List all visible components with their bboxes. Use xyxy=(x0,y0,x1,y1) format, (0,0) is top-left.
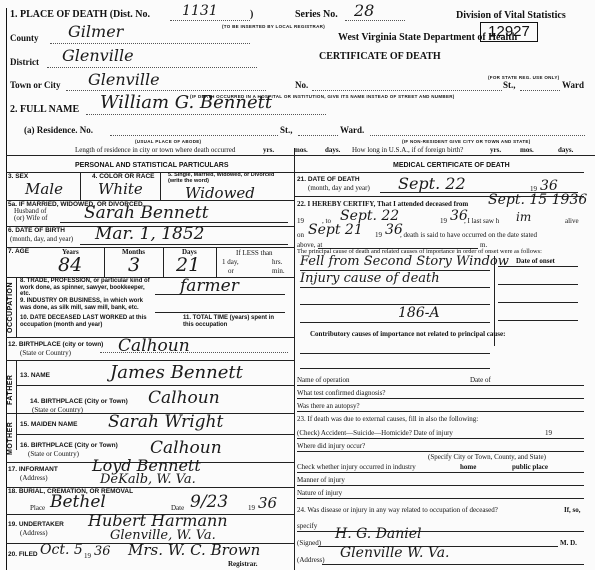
contrib-line xyxy=(300,368,490,369)
burial-year: 36 xyxy=(258,494,277,512)
series-label: Series No. xyxy=(295,9,338,20)
alive-label: alive xyxy=(565,217,579,225)
contributory-label: Contributory causes of importance not re… xyxy=(310,330,505,338)
father-bp-value: Calhoun xyxy=(148,388,220,408)
filed-date: Oct. 5 xyxy=(40,542,83,558)
paren-close: ) xyxy=(250,9,253,20)
usa-mos: mos. xyxy=(520,146,534,154)
town-line xyxy=(66,90,266,91)
nonresident-note: (IF NON-RESIDENT GIVE CITY OR TOWN AND S… xyxy=(402,139,531,144)
less-than-label: If LESS than xyxy=(236,249,273,257)
usa-days: days. xyxy=(558,146,573,154)
informant-label: 17. INFORMANT xyxy=(8,466,58,473)
color-value: White xyxy=(98,180,143,198)
town-ward-label: Ward xyxy=(562,80,584,90)
cause-line-1: Fell from Second Story Window xyxy=(300,254,509,269)
divider xyxy=(297,438,584,439)
death-said-label: , death is said to have occurred on the … xyxy=(400,231,537,239)
town-no-label: No. xyxy=(295,80,308,90)
address-line xyxy=(322,564,584,565)
district-line xyxy=(47,67,257,68)
undertaker-label: 19. UNDERTAKER xyxy=(8,521,64,528)
spouse-sub: Husband of (or) Wife of xyxy=(14,208,54,222)
injury-year-prefix: 19 xyxy=(545,429,552,437)
mother-bp-label: 16. BIRTHPLACE (City or Town) xyxy=(20,442,118,449)
town-no-line xyxy=(312,90,502,91)
filed-year: 36 xyxy=(94,544,111,559)
state-use-note: (FOR STATE REG. USE ONLY) xyxy=(488,75,559,80)
mother-bp-sub: (State or Country) xyxy=(28,450,79,458)
divider xyxy=(6,155,595,156)
district-value: Glenville xyxy=(62,46,134,65)
on-label: on xyxy=(297,231,304,239)
divider xyxy=(294,172,584,173)
abode-note: (USUAL PLACE OF ABODE) xyxy=(135,139,201,144)
filed-label: 20. FILED xyxy=(8,551,38,558)
divider xyxy=(297,472,584,473)
age-label: 7. AGE xyxy=(8,248,29,255)
mother-bp-value: Calhoun xyxy=(150,438,222,458)
burial-year-prefix: 19 xyxy=(248,504,255,512)
onset-line xyxy=(498,302,578,303)
divider xyxy=(297,498,584,499)
division-title: Division of Vital Statistics xyxy=(456,10,566,21)
divider xyxy=(216,247,217,277)
nature-label: Nature of injury xyxy=(297,489,342,497)
length-days: days. xyxy=(325,146,340,154)
check-label: (Check) Accident—Suicide—Homicide? Date … xyxy=(297,429,453,437)
cause-line-2: Injury cause of death xyxy=(300,271,440,286)
series-no: 28 xyxy=(354,1,374,20)
residence-label: (a) Residence. No. xyxy=(24,125,93,135)
min-label: min. xyxy=(272,267,285,275)
dob-line xyxy=(80,244,288,245)
divider xyxy=(297,398,584,399)
full-name-value: William G. Bennett xyxy=(100,92,272,113)
address-label: (Address) xyxy=(297,556,325,564)
personal-section-title: PERSONAL AND STATISTICAL PARTICULARS xyxy=(75,162,228,169)
or-label: or xyxy=(228,267,234,275)
sex-label: 3. SEX xyxy=(8,173,28,180)
divider xyxy=(297,411,584,412)
industry-label: 9. INDUSTRY OR BUSINESS, in which work w… xyxy=(20,298,155,311)
where-label: Where did injury occur? xyxy=(297,442,365,450)
onset-label: Date of onset xyxy=(516,257,555,265)
age-years: 84 xyxy=(58,254,82,276)
cause-line-4: 186-A xyxy=(398,305,440,321)
trade-label: 8. TRADE, PROFESSION, or particular kind… xyxy=(20,278,155,298)
full-name-label: 2. FULL NAME xyxy=(10,104,79,115)
certificate-title: CERTIFICATE OF DEATH xyxy=(319,51,441,62)
filed-year-prefix: 19 xyxy=(84,552,91,560)
medical-section-title: MEDICAL CERTIFICATE OF DEATH xyxy=(393,162,510,169)
birthplace-label: 12. BIRTHPLACE (city or town) xyxy=(8,341,103,348)
residence-ward-label: Ward. xyxy=(340,125,364,135)
divider xyxy=(6,247,294,248)
state-file-number: 12927 xyxy=(480,22,538,42)
usa-label: How long in U.S.A., if of foreign birth? xyxy=(352,146,463,154)
onset-line xyxy=(498,284,578,285)
dist-no: 1131 xyxy=(182,3,218,19)
certify-label: 22. I HEREBY CERTIFY, That I attended de… xyxy=(297,200,468,208)
cause-line xyxy=(300,287,490,288)
to-year-prefix: 19 xyxy=(440,217,447,225)
age-months: 3 xyxy=(128,254,140,276)
occ-related-label: 24. Was disease or injury in any way rel… xyxy=(297,506,498,514)
industry-check-label: Check whether injury occurred in industr… xyxy=(297,463,416,471)
town-st-label: St., xyxy=(503,80,516,90)
father-name-value: James Bennett xyxy=(110,362,243,383)
divider xyxy=(80,172,81,200)
residence-nonres-line xyxy=(370,135,585,136)
marital-label: 5. Single, Married, Widowed, or Divorced… xyxy=(168,172,288,184)
manner-label: Manner of injury xyxy=(297,476,345,484)
less-day-label: 1 day, xyxy=(222,258,239,266)
center-divider xyxy=(294,148,295,570)
total-time-label: 11. TOTAL TIME (years) spent in this occ… xyxy=(183,315,283,328)
test-label: What test confirmed diagnosis? xyxy=(297,389,385,397)
industry-line xyxy=(155,312,285,313)
address-value: Glenville W. Va. xyxy=(340,545,450,561)
dist-no-line xyxy=(170,20,250,21)
burial-date-value: 9/23 xyxy=(190,492,228,512)
county-value: Gilmer xyxy=(68,22,123,41)
attended-from: Sept. 15 1936 xyxy=(488,192,587,208)
dob-value: Mar. 1, 1852 xyxy=(95,224,205,244)
specify-note: (Specify City or Town, County, and State… xyxy=(428,453,546,461)
town-label: Town or City xyxy=(10,80,61,90)
md-label: M. D. xyxy=(560,539,577,547)
residence-st-label: St., xyxy=(280,125,293,135)
father-vertical-label: FATHER xyxy=(7,375,14,405)
divider xyxy=(160,172,161,200)
mother-name-label: 15. MAIDEN NAME xyxy=(20,421,77,428)
length-yrs: yrs. xyxy=(263,146,274,154)
district-label: District xyxy=(10,57,39,67)
mother-name-value: Sarah Wright xyxy=(108,412,223,432)
divider xyxy=(297,485,584,486)
residence-no-line xyxy=(110,135,278,136)
full-name-line xyxy=(86,114,326,115)
dob-label: 6. DATE OF BIRTH xyxy=(8,227,65,234)
series-line xyxy=(345,20,405,21)
divider xyxy=(297,451,584,452)
dob-sub: (month, day, and year) xyxy=(10,235,73,243)
external-label: 23. If death was due to external causes,… xyxy=(297,415,478,423)
divider xyxy=(16,360,17,450)
birthplace-value: Calhoun xyxy=(118,336,190,356)
occupation-vertical-label: OCCUPATION xyxy=(7,282,14,333)
hrs-label: hrs. xyxy=(272,258,282,266)
divider xyxy=(163,247,164,277)
registrar-name: Mrs. W. C. Brown xyxy=(128,541,260,559)
dod-sub: (month, day and year) xyxy=(308,184,370,192)
date-of-label: Date of xyxy=(470,376,491,384)
last-worked-label: 10. DATE DECEASED LAST WORKED at this oc… xyxy=(20,315,155,328)
father-bp-label: 14. BIRTHPLACE (City or Town) xyxy=(30,398,128,405)
undertaker-sub: (Address) xyxy=(20,529,48,537)
spouse-value: Sarah Bennett xyxy=(84,203,209,223)
registrar-note: (TO BE INSERTED BY LOCAL REGISTRAR) xyxy=(222,24,325,29)
town-value: Glenville xyxy=(88,70,160,89)
death-certificate: 1. PLACE OF DEATH (Dist. No. 1131 ) (TO … xyxy=(0,0,595,570)
place-of-death-label: 1. PLACE OF DEATH (Dist. No. xyxy=(10,9,150,20)
autopsy-label: Was there an autopsy? xyxy=(297,402,360,410)
cause-line xyxy=(300,322,490,323)
sex-value: Male xyxy=(25,180,63,198)
father-name-label: 13. NAME xyxy=(20,372,50,379)
specify-label: specify xyxy=(297,522,317,530)
last-saw-date: Sept 21 xyxy=(308,222,363,238)
burial-place-value: Bethel xyxy=(50,492,106,512)
county-line xyxy=(50,43,250,44)
last-saw-label: , I last saw h xyxy=(464,217,499,225)
last-year-prefix: 19 xyxy=(375,231,382,239)
burial-place-label: Place xyxy=(30,504,45,512)
signed-value: H. G. Daniel xyxy=(335,526,422,542)
divider xyxy=(6,360,294,361)
divider xyxy=(16,385,294,386)
town-ward-line xyxy=(520,90,560,91)
trade-value: farmer xyxy=(180,276,239,296)
dod-value: Sept. 22 xyxy=(398,174,466,193)
divider xyxy=(16,277,17,337)
if-so-label: If, so, xyxy=(564,506,581,514)
registrar-label: Registrar. xyxy=(228,560,257,568)
mother-vertical-label: MOTHER xyxy=(7,422,14,455)
onset-line xyxy=(498,266,578,267)
contrib-line xyxy=(300,353,490,354)
length-mos: mos. xyxy=(294,146,308,154)
last-saw-suffix: im xyxy=(516,210,531,224)
divider xyxy=(297,385,584,386)
county-label: County xyxy=(10,33,39,43)
operation-label: Name of operation xyxy=(297,376,349,384)
informant-sub: (Address) xyxy=(20,474,48,482)
informant-address: DeKalb, W. Va. xyxy=(100,472,196,487)
home-label: home xyxy=(460,463,476,471)
usa-yrs: yrs. xyxy=(490,146,501,154)
public-place-label: public place xyxy=(512,463,548,471)
color-label: 4. COLOR OR RACE xyxy=(92,173,154,180)
dod-label: 21. DATE OF DEATH xyxy=(297,176,360,183)
length-residence-label: Length of residence in city or town wher… xyxy=(75,146,235,154)
cause-line xyxy=(300,304,490,305)
divider xyxy=(104,247,105,277)
age-days: 21 xyxy=(176,254,200,276)
residence-ward-line xyxy=(298,135,338,136)
from-year-prefix: 19 xyxy=(297,217,304,225)
onset-line xyxy=(498,320,578,321)
divider xyxy=(16,434,294,435)
birthplace-sub: (State or Country) xyxy=(20,349,71,357)
